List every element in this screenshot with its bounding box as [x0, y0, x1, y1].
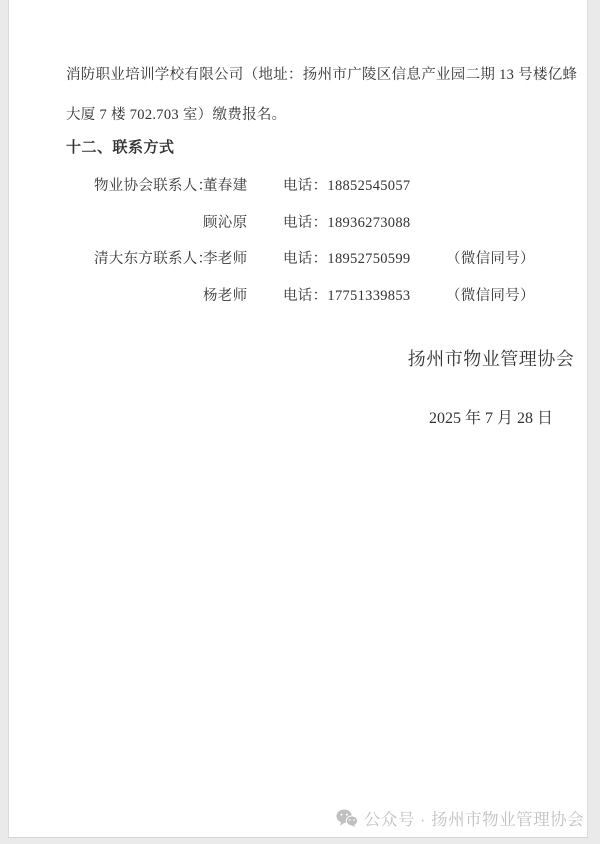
paragraph-line-1: 消防职业培训学校有限公司（地址：扬州市广陵区信息产业园二期 13 号楼亿蜂 [66, 55, 577, 95]
contact-row: 顾沁原 电话：18936273088 [66, 205, 566, 242]
phone-label: 电话： [283, 215, 327, 231]
phone-number: 18952750599 [327, 251, 410, 267]
phone-number: 17751339853 [327, 288, 410, 304]
contact-note: （微信同号） [446, 241, 535, 278]
watermark: 公众号 · 扬州市物业管理协会 [336, 806, 584, 830]
contact-phone: 电话：18936273088 [283, 205, 410, 242]
contact-name: 董春建 [203, 168, 247, 205]
document-viewport: 消防职业培训学校有限公司（地址：扬州市广陵区信息产业园二期 13 号楼亿蜂 大厦… [0, 0, 600, 844]
contact-phone: 电话：17751339853 [283, 278, 410, 315]
signature: 扬州市物业管理协会 [408, 345, 575, 371]
contact-group-label: 清大东方联系人： [94, 241, 212, 278]
contact-row: 物业协会联系人： 董春建 电话：18852545057 [66, 168, 566, 205]
phone-number: 18936273088 [327, 215, 410, 231]
phone-label: 电话： [283, 251, 327, 267]
section-heading: 十二、联系方式 [66, 133, 175, 163]
watermark-text: 公众号 · 扬州市物业管理协会 [364, 806, 584, 830]
document-page: 消防职业培训学校有限公司（地址：扬州市广陵区信息产业园二期 13 号楼亿蜂 大厦… [8, 0, 588, 838]
contact-name: 顾沁原 [203, 205, 247, 242]
wechat-icon [336, 809, 358, 827]
contact-name: 李老师 [203, 241, 247, 278]
contact-note: （微信同号） [446, 278, 535, 315]
contact-row: 清大东方联系人： 李老师 电话：18952750599 （微信同号） [66, 241, 566, 278]
contact-list: 物业协会联系人： 董春建 电话：18852545057 顾沁原 电话：18936… [66, 168, 566, 314]
phone-label: 电话： [283, 178, 327, 194]
contact-name: 杨老师 [203, 278, 247, 315]
contact-phone: 电话：18952750599 [283, 241, 410, 278]
contact-phone: 电话：18852545057 [283, 168, 410, 205]
phone-label: 电话： [283, 288, 327, 304]
paragraph: 消防职业培训学校有限公司（地址：扬州市广陵区信息产业园二期 13 号楼亿蜂 大厦… [66, 55, 577, 135]
contact-row: 杨老师 电话：17751339853 （微信同号） [66, 278, 566, 315]
paragraph-line-2: 大厦 7 楼 702.703 室）缴费报名。 [66, 95, 577, 135]
phone-number: 18852545057 [327, 178, 410, 194]
contact-group-label: 物业协会联系人： [94, 168, 212, 205]
date: 2025 年 7 月 28 日 [429, 405, 553, 428]
